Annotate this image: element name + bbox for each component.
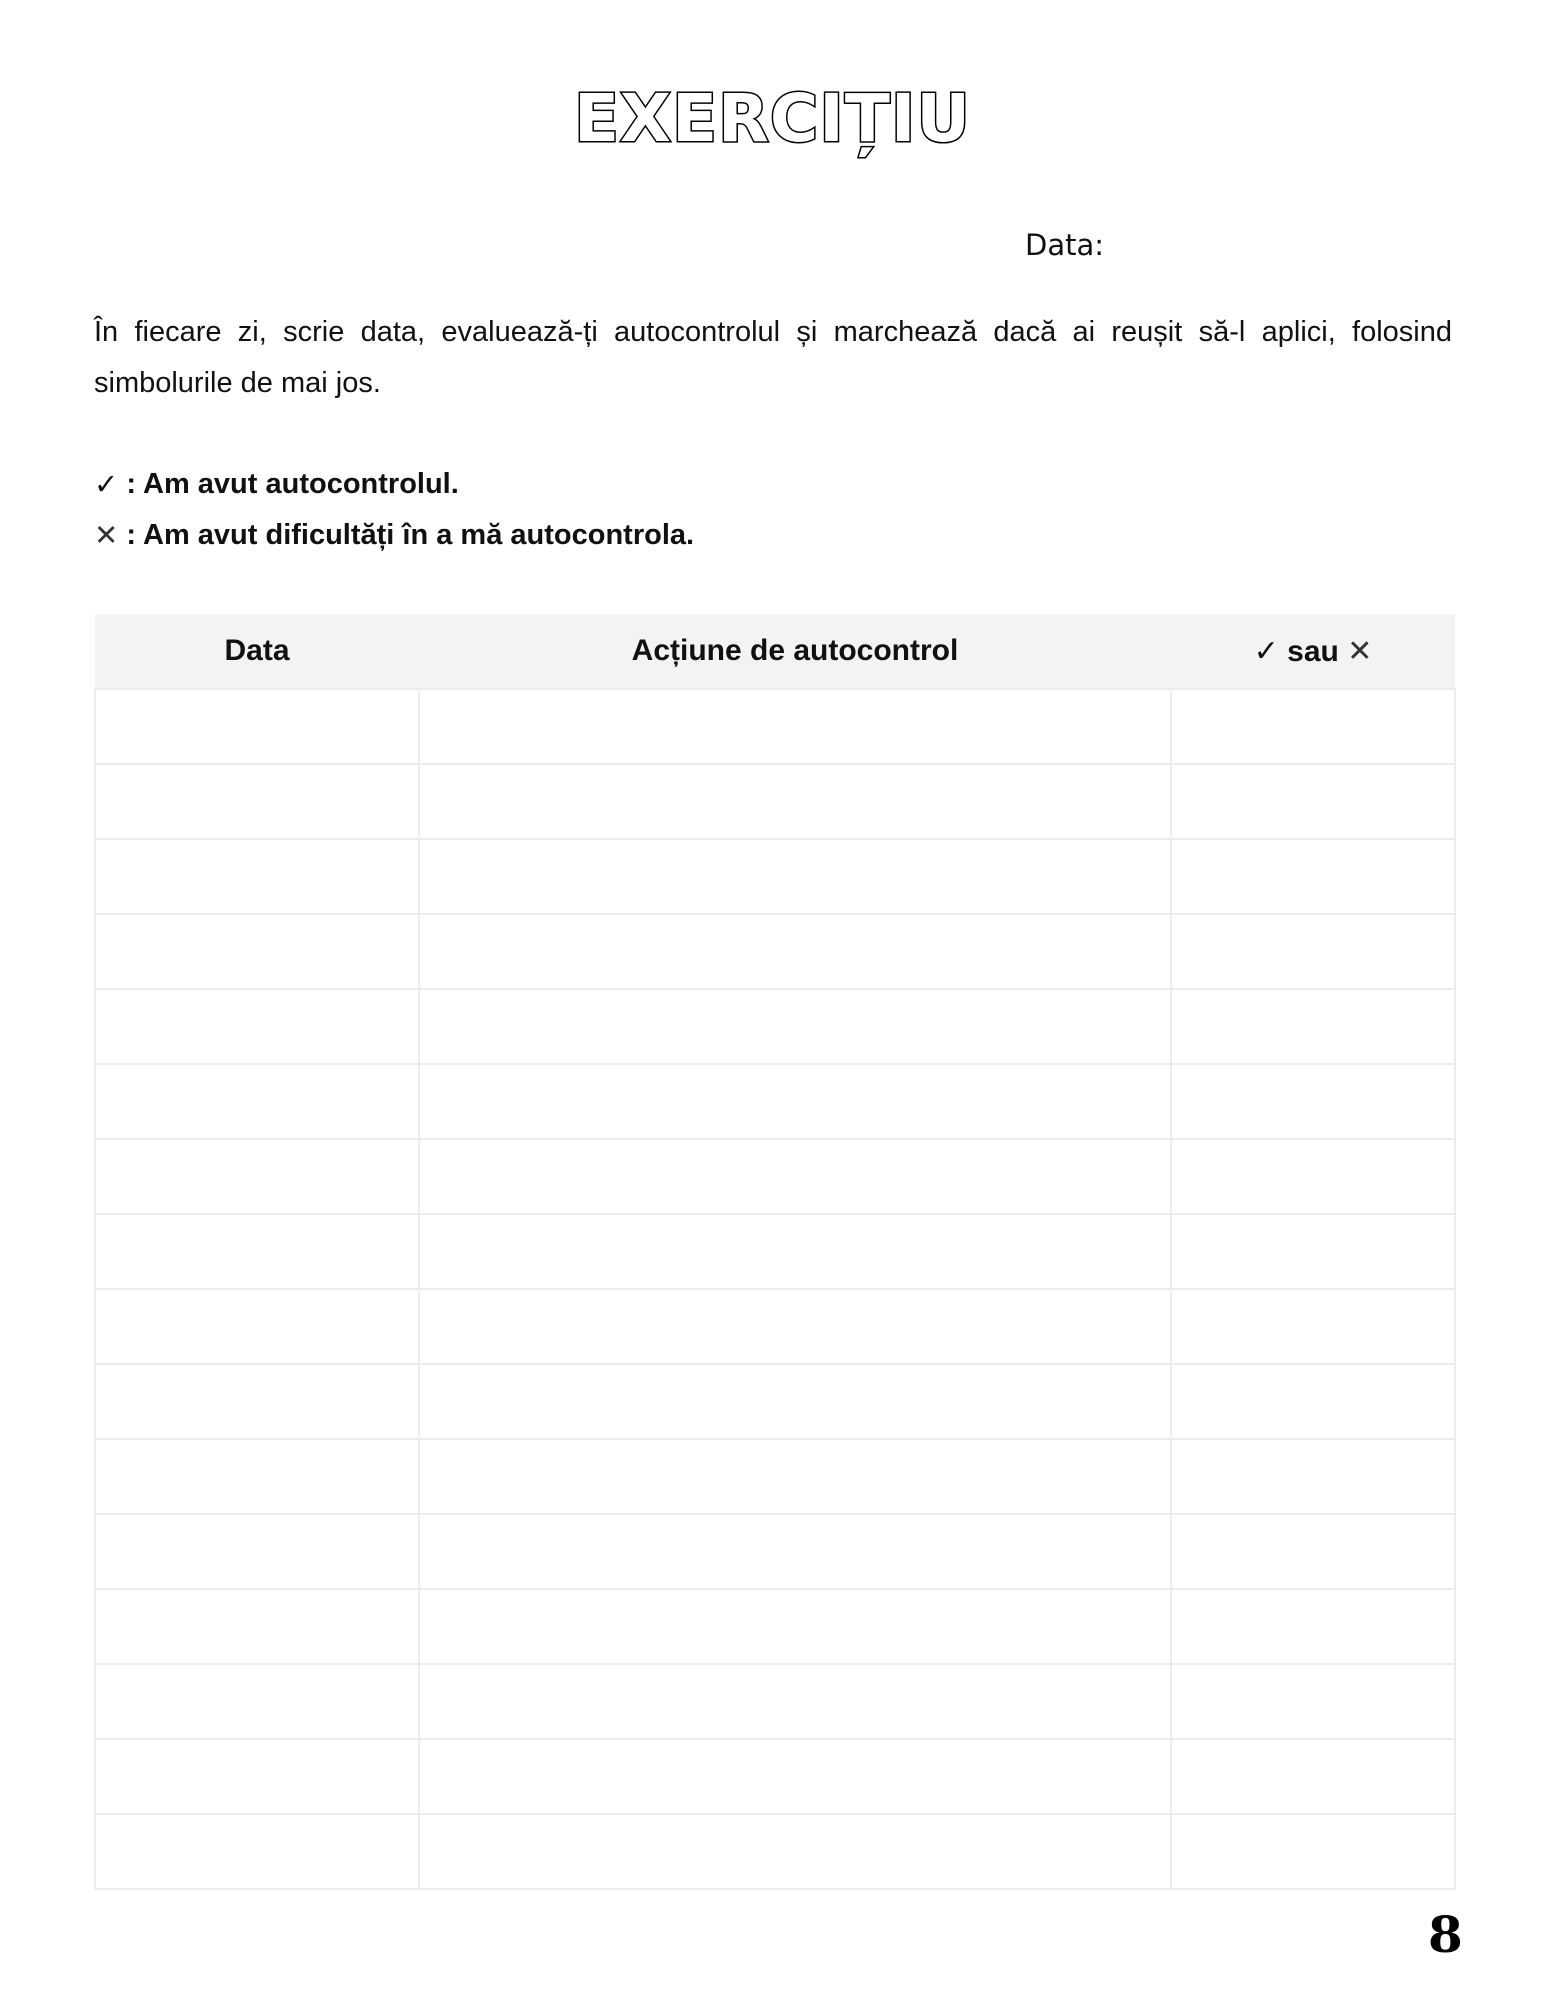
- date-cell[interactable]: [95, 1064, 419, 1139]
- header-date: Data: [95, 614, 419, 689]
- date-cell[interactable]: [95, 914, 419, 989]
- action-cell[interactable]: [419, 1139, 1171, 1214]
- table-row: [95, 689, 1455, 764]
- mark-cell[interactable]: [1171, 914, 1455, 989]
- header-mark-text: sau: [1279, 635, 1347, 668]
- table-row: [95, 1514, 1455, 1589]
- legend-item-x: ✕ : Am avut dificultăți în a mă autocont…: [94, 510, 694, 561]
- table-row: [95, 839, 1455, 914]
- header-action: Acțiune de autocontrol: [419, 614, 1171, 689]
- mark-cell[interactable]: [1171, 989, 1455, 1064]
- date-cell[interactable]: [95, 764, 419, 839]
- date-cell[interactable]: [95, 1589, 419, 1664]
- mark-cell[interactable]: [1171, 1289, 1455, 1364]
- date-cell[interactable]: [95, 689, 419, 764]
- table-row: [95, 989, 1455, 1064]
- mark-cell[interactable]: [1171, 1814, 1455, 1889]
- action-cell[interactable]: [419, 1364, 1171, 1439]
- legend-item-check: ✓ : Am avut autocontrolul.: [94, 459, 694, 510]
- instructions-text: În fiecare zi, scrie data, evaluează-ți …: [94, 307, 1452, 409]
- check-icon: ✓: [1254, 634, 1279, 669]
- mark-cell[interactable]: [1171, 1139, 1455, 1214]
- action-cell[interactable]: [419, 1439, 1171, 1514]
- table-row: [95, 1289, 1455, 1364]
- date-cell[interactable]: [95, 1289, 419, 1364]
- action-cell[interactable]: [419, 1814, 1171, 1889]
- table-row: [95, 764, 1455, 839]
- mark-cell[interactable]: [1171, 1514, 1455, 1589]
- action-cell[interactable]: [419, 1064, 1171, 1139]
- action-cell[interactable]: [419, 914, 1171, 989]
- check-icon: ✓: [94, 459, 118, 510]
- date-cell[interactable]: [95, 1664, 419, 1739]
- date-cell[interactable]: [95, 1139, 419, 1214]
- mark-cell[interactable]: [1171, 1739, 1455, 1814]
- page-title: EXERCIȚIU: [0, 86, 1545, 152]
- table-row: [95, 1364, 1455, 1439]
- action-cell[interactable]: [419, 1289, 1171, 1364]
- x-icon: ✕: [94, 510, 118, 561]
- date-cell[interactable]: [95, 1439, 419, 1514]
- date-cell[interactable]: [95, 989, 419, 1064]
- symbol-legend: ✓ : Am avut autocontrolul. ✕ : Am avut d…: [94, 459, 694, 561]
- action-cell[interactable]: [419, 1214, 1171, 1289]
- mark-cell[interactable]: [1171, 1364, 1455, 1439]
- action-cell[interactable]: [419, 1589, 1171, 1664]
- action-cell[interactable]: [419, 764, 1171, 839]
- action-cell[interactable]: [419, 989, 1171, 1064]
- mark-cell[interactable]: [1171, 1214, 1455, 1289]
- date-cell[interactable]: [95, 1814, 419, 1889]
- table-row: [95, 1814, 1455, 1889]
- mark-cell[interactable]: [1171, 839, 1455, 914]
- table-row: [95, 1139, 1455, 1214]
- table-row: [95, 1589, 1455, 1664]
- date-cell[interactable]: [95, 839, 419, 914]
- action-cell[interactable]: [419, 1739, 1171, 1814]
- table-row: [95, 1664, 1455, 1739]
- date-label: Data:: [1025, 228, 1104, 262]
- table-row: [95, 1739, 1455, 1814]
- mark-cell[interactable]: [1171, 689, 1455, 764]
- mark-cell[interactable]: [1171, 1664, 1455, 1739]
- table-row: [95, 1439, 1455, 1514]
- mark-cell[interactable]: [1171, 1439, 1455, 1514]
- table-row: [95, 1214, 1455, 1289]
- action-cell[interactable]: [419, 1664, 1171, 1739]
- table-row: [95, 914, 1455, 989]
- legend-text-check: : Am avut autocontrolul.: [118, 459, 458, 510]
- x-icon: ✕: [1347, 634, 1372, 669]
- action-cell[interactable]: [419, 689, 1171, 764]
- page-number: 8: [1428, 1910, 1463, 1960]
- table-row: [95, 1064, 1455, 1139]
- action-cell[interactable]: [419, 839, 1171, 914]
- header-mark: ✓ sau ✕: [1171, 614, 1455, 689]
- mark-cell[interactable]: [1171, 1064, 1455, 1139]
- action-cell[interactable]: [419, 1514, 1171, 1589]
- legend-text-x: : Am avut dificultăți în a mă autocontro…: [118, 510, 694, 561]
- self-control-table: Data Acțiune de autocontrol ✓ sau ✕: [94, 614, 1456, 1890]
- date-cell[interactable]: [95, 1214, 419, 1289]
- date-cell[interactable]: [95, 1514, 419, 1589]
- mark-cell[interactable]: [1171, 764, 1455, 839]
- table-header-row: Data Acțiune de autocontrol ✓ sau ✕: [95, 614, 1455, 689]
- mark-cell[interactable]: [1171, 1589, 1455, 1664]
- date-cell[interactable]: [95, 1739, 419, 1814]
- date-cell[interactable]: [95, 1364, 419, 1439]
